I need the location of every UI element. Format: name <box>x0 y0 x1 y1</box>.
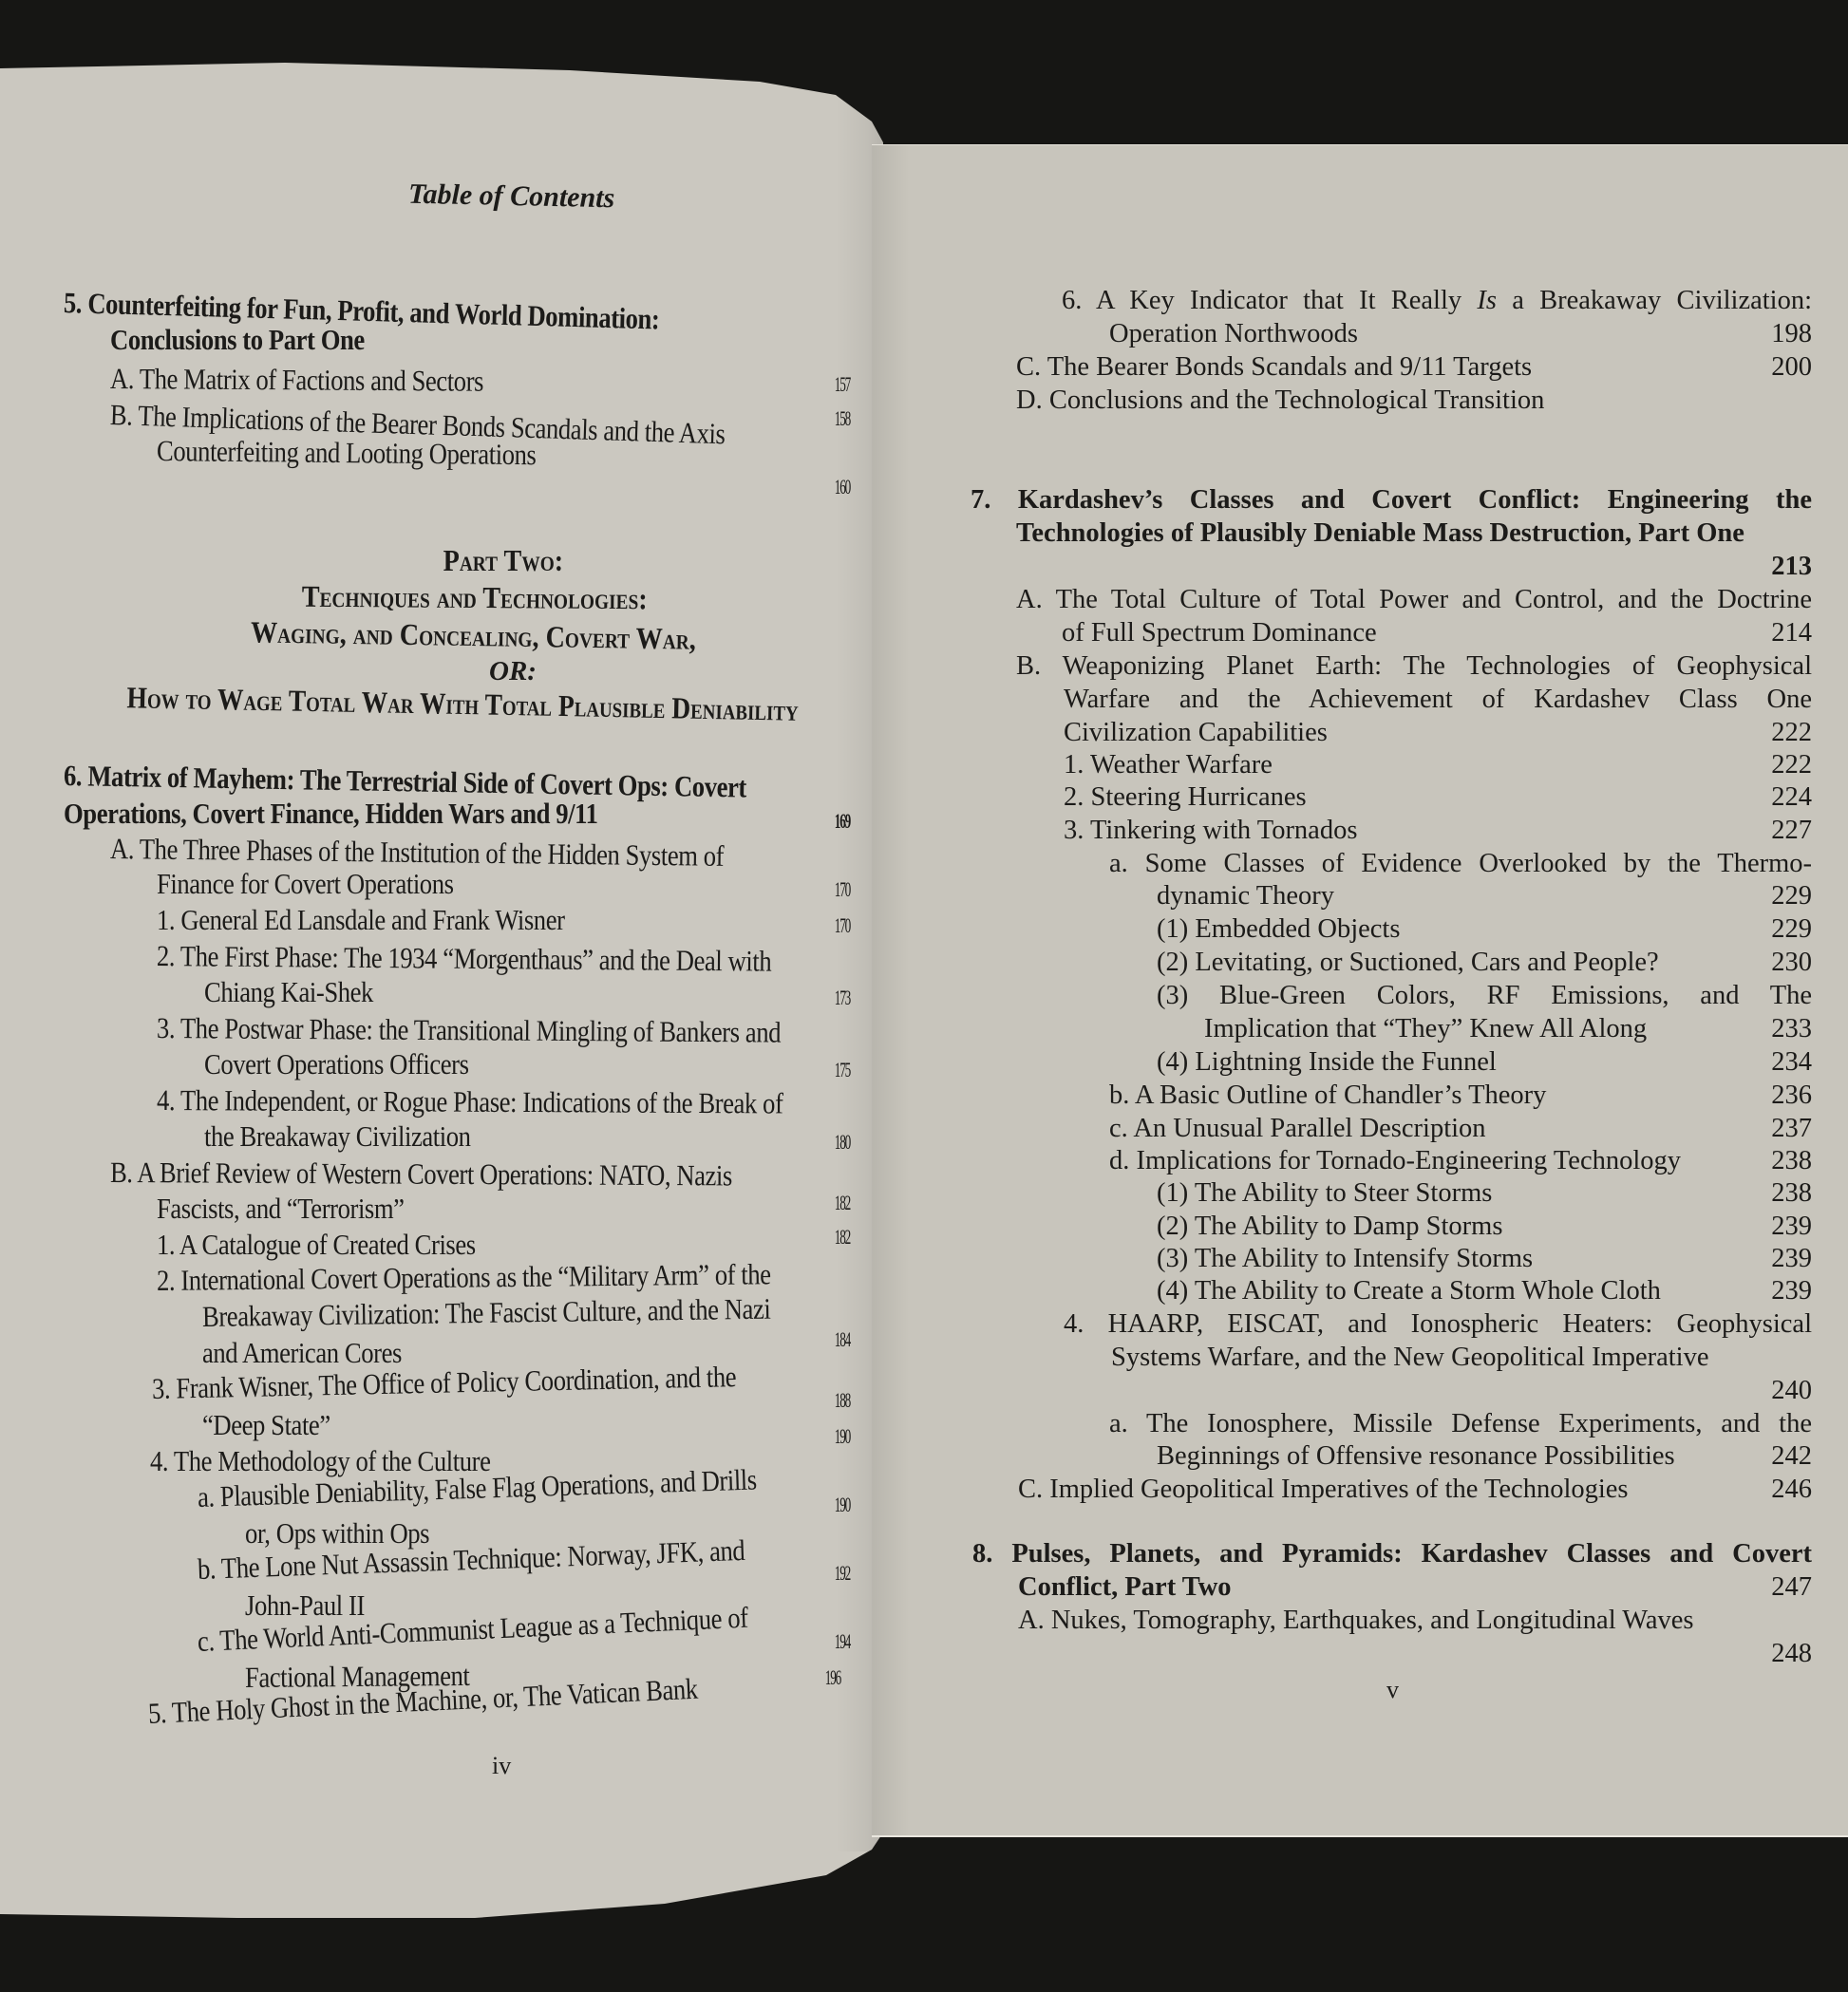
page-number: 224 <box>1771 781 1812 814</box>
chapter-8-title: 8. Pulses, Planets, and Pyramids: Kardas… <box>972 1538 1812 1570</box>
page-number: 229 <box>1771 880 1812 912</box>
toc-entry: c. An Unusual Parallel Description <box>1109 1113 1486 1145</box>
part-two-or: or: <box>489 655 537 687</box>
toc-entry: 1. Weather Warfare <box>1064 749 1273 781</box>
toc-entry-text: a. Some Classes of Evidence Overlooked b… <box>1109 848 1812 880</box>
chapter-8-title-text: 8. Pulses, Planets, and Pyramids: Kardas… <box>972 1538 1812 1570</box>
page-number: 198 <box>1771 318 1812 350</box>
toc-entry: the Breakaway Civilization <box>204 1120 471 1153</box>
toc-entry: Counterfeiting and Looting Operations <box>157 435 537 471</box>
toc-entry: 2. Steering Hurricanes <box>1064 781 1307 814</box>
toc-entry-text: 6. A Key Indicator that It Really <box>1062 286 1477 315</box>
page-number: 239 <box>1771 1275 1812 1307</box>
toc-entry: Finance for Covert Operations <box>157 868 454 900</box>
toc-entry: Chiang Kai-Shek <box>204 976 373 1008</box>
toc-entry: 4. HAARP, EISCAT, and Ionospheric Heater… <box>1064 1308 1812 1341</box>
page-number: 248 <box>1771 1638 1812 1670</box>
toc-entry: (4) The Ability to Create a Storm Whole … <box>1157 1275 1661 1307</box>
page-number: 230 <box>1771 947 1812 979</box>
toc-entry: Implication that “They” Knew All Along <box>1204 1013 1647 1045</box>
toc-entry: C. The Bearer Bonds Scandals and 9/11 Ta… <box>1016 351 1532 384</box>
page-number: 242 <box>1771 1440 1812 1473</box>
toc-entry-text: (3) Blue-Green Colors, RF Emissions, and… <box>1157 980 1812 1012</box>
toc-entry: (1) Embedded Objects <box>1157 913 1400 946</box>
chapter-8-title-cont: Conflict, Part Two <box>1018 1571 1232 1604</box>
toc-entry-text: B. Weaponizing Planet Earth: The Technol… <box>1016 650 1812 683</box>
toc-entry-emphasis: Is <box>1477 286 1497 315</box>
page-number: 236 <box>1771 1080 1812 1112</box>
toc-entry: A. Nukes, Tomography, Earthquakes, and L… <box>1018 1605 1694 1637</box>
page-number: 233 <box>1771 1013 1812 1045</box>
toc-entry: (3) Blue-Green Colors, RF Emissions, and… <box>1157 980 1812 1012</box>
toc-entry: B. A Brief Review of Western Covert Oper… <box>110 1156 732 1192</box>
page-number: 246 <box>1771 1474 1812 1506</box>
toc-entry: A. The Matrix of Factions and Sectors <box>110 363 483 398</box>
toc-entry: 4. The Independent, or Rogue Phase: Indi… <box>157 1084 783 1119</box>
toc-entry: C. Implied Geopolitical Imperatives of t… <box>1018 1474 1629 1506</box>
page-folio: v <box>1386 1676 1399 1704</box>
chapter-5-title-cont: Conclusions to Part One <box>110 324 365 356</box>
page-number: 227 <box>1771 815 1812 847</box>
toc-entry: D. Conclusions and the Technological Tra… <box>1016 385 1544 417</box>
gutter-shadow <box>872 145 910 1835</box>
toc-entry: 2. The First Phase: The 1934 “Morgenthau… <box>157 940 772 978</box>
toc-entry: Beginnings of Offensive resonance Possib… <box>1157 1440 1675 1473</box>
toc-entry: a. Some Classes of Evidence Overlooked b… <box>1109 848 1812 880</box>
chapter-6-title-cont: Operations, Covert Finance, Hidden Wars … <box>64 798 597 830</box>
toc-entry: b. A Basic Outline of Chandler’s Theory <box>1109 1080 1546 1112</box>
toc-entry: dynamic Theory <box>1157 880 1334 912</box>
toc-entry: 6. A Key Indicator that It Really Is a B… <box>1062 285 1812 317</box>
toc-entry: (4) Lightning Inside the Funnel <box>1157 1046 1497 1079</box>
toc-entry: “Deep State” <box>202 1409 330 1441</box>
toc-entry: (1) The Ability to Steer Storms <box>1157 1177 1492 1210</box>
page-number: 200 <box>1771 351 1812 384</box>
toc-entry: B. Weaponizing Planet Earth: The Technol… <box>1016 650 1812 683</box>
toc-entry: (2) The Ability to Damp Storms <box>1157 1211 1502 1243</box>
toc-header: Table of Contents <box>408 179 615 216</box>
toc-entry: Fascists, and “Terrorism” <box>157 1193 405 1225</box>
page-number: 229 <box>1771 913 1812 946</box>
left-page: Table of Contents 5. Counterfeiting for … <box>0 0 888 1992</box>
page-number: 213 <box>1771 551 1812 583</box>
toc-entry: and American Cores <box>202 1337 402 1369</box>
toc-entry-text: a. The Ionosphere, Missile Defense Exper… <box>1109 1408 1812 1440</box>
toc-entry-text: Warfare and the Achievement of Kardashev… <box>1064 684 1812 716</box>
toc-entry: (2) Levitating, or Suctioned, Cars and P… <box>1157 947 1659 979</box>
toc-entry: of Full Spectrum Dominance <box>1062 617 1377 649</box>
toc-entry-text: 4. HAARP, EISCAT, and Ionospheric Heater… <box>1064 1308 1812 1341</box>
part-two-title: Techniques and Technologies: <box>302 580 648 615</box>
toc-entry: Warfare and the Achievement of Kardashev… <box>1064 684 1812 716</box>
page-number: 247 <box>1771 1571 1812 1604</box>
part-two-subtitle: How to Wage Total War With Total Plausib… <box>126 681 799 726</box>
page-number: 239 <box>1771 1243 1812 1275</box>
page-number: 237 <box>1771 1113 1812 1145</box>
toc-entry: 1. General Ed Lansdale and Frank Wisner <box>157 904 565 936</box>
chapter-7-title-text: 7. Kardashev’s Classes and Covert Confli… <box>971 484 1812 517</box>
chapter-7-title: 7. Kardashev’s Classes and Covert Confli… <box>971 484 1812 517</box>
part-two-title-cont: Waging, and Concealing, Covert War, <box>251 615 696 654</box>
toc-entry-text: a Breakaway Civilization: <box>1497 286 1812 315</box>
toc-entry: Operation Northwoods <box>1109 318 1358 350</box>
chapter-7-title-cont: Technologies of Plausibly Deniable Mass … <box>1016 517 1744 550</box>
toc-entry: (3) The Ability to Intensify Storms <box>1157 1243 1533 1275</box>
toc-entry: a. The Ionosphere, Missile Defense Exper… <box>1109 1408 1812 1440</box>
page-number: 234 <box>1771 1046 1812 1079</box>
toc-entry: Breakaway Civilization: The Fascist Cult… <box>202 1293 771 1333</box>
toc-entry: 1. A Catalogue of Created Crises <box>157 1229 476 1261</box>
toc-entry: 3. Tinkering with Tornados <box>1064 815 1357 847</box>
toc-entry: Civilization Capabilities <box>1064 717 1328 749</box>
toc-entry: John-Paul II <box>245 1589 365 1622</box>
toc-entry: Systems Warfare, and the New Geopolitica… <box>1111 1342 1709 1374</box>
page-number: 240 <box>1771 1375 1812 1407</box>
toc-entry: Covert Operations Officers <box>204 1048 469 1081</box>
toc-entry-text: A. The Total Culture of Total Power and … <box>1016 584 1812 616</box>
page-folio: iv <box>492 1752 511 1780</box>
part-two-label: Part Two: <box>443 544 564 576</box>
page-number: 214 <box>1771 617 1812 649</box>
toc-entry: A. The Total Culture of Total Power and … <box>1016 584 1812 616</box>
toc-entry: 3. The Postwar Phase: the Transitional M… <box>157 1012 781 1049</box>
page-number: 222 <box>1771 717 1812 749</box>
page-number: 238 <box>1771 1177 1812 1210</box>
toc-entry: d. Implications for Tornado-Engineering … <box>1109 1145 1681 1177</box>
page-number: 238 <box>1771 1145 1812 1177</box>
page-number: 222 <box>1771 749 1812 781</box>
page-number: 239 <box>1771 1211 1812 1243</box>
toc-entry: 2. International Covert Operations as th… <box>157 1258 771 1297</box>
